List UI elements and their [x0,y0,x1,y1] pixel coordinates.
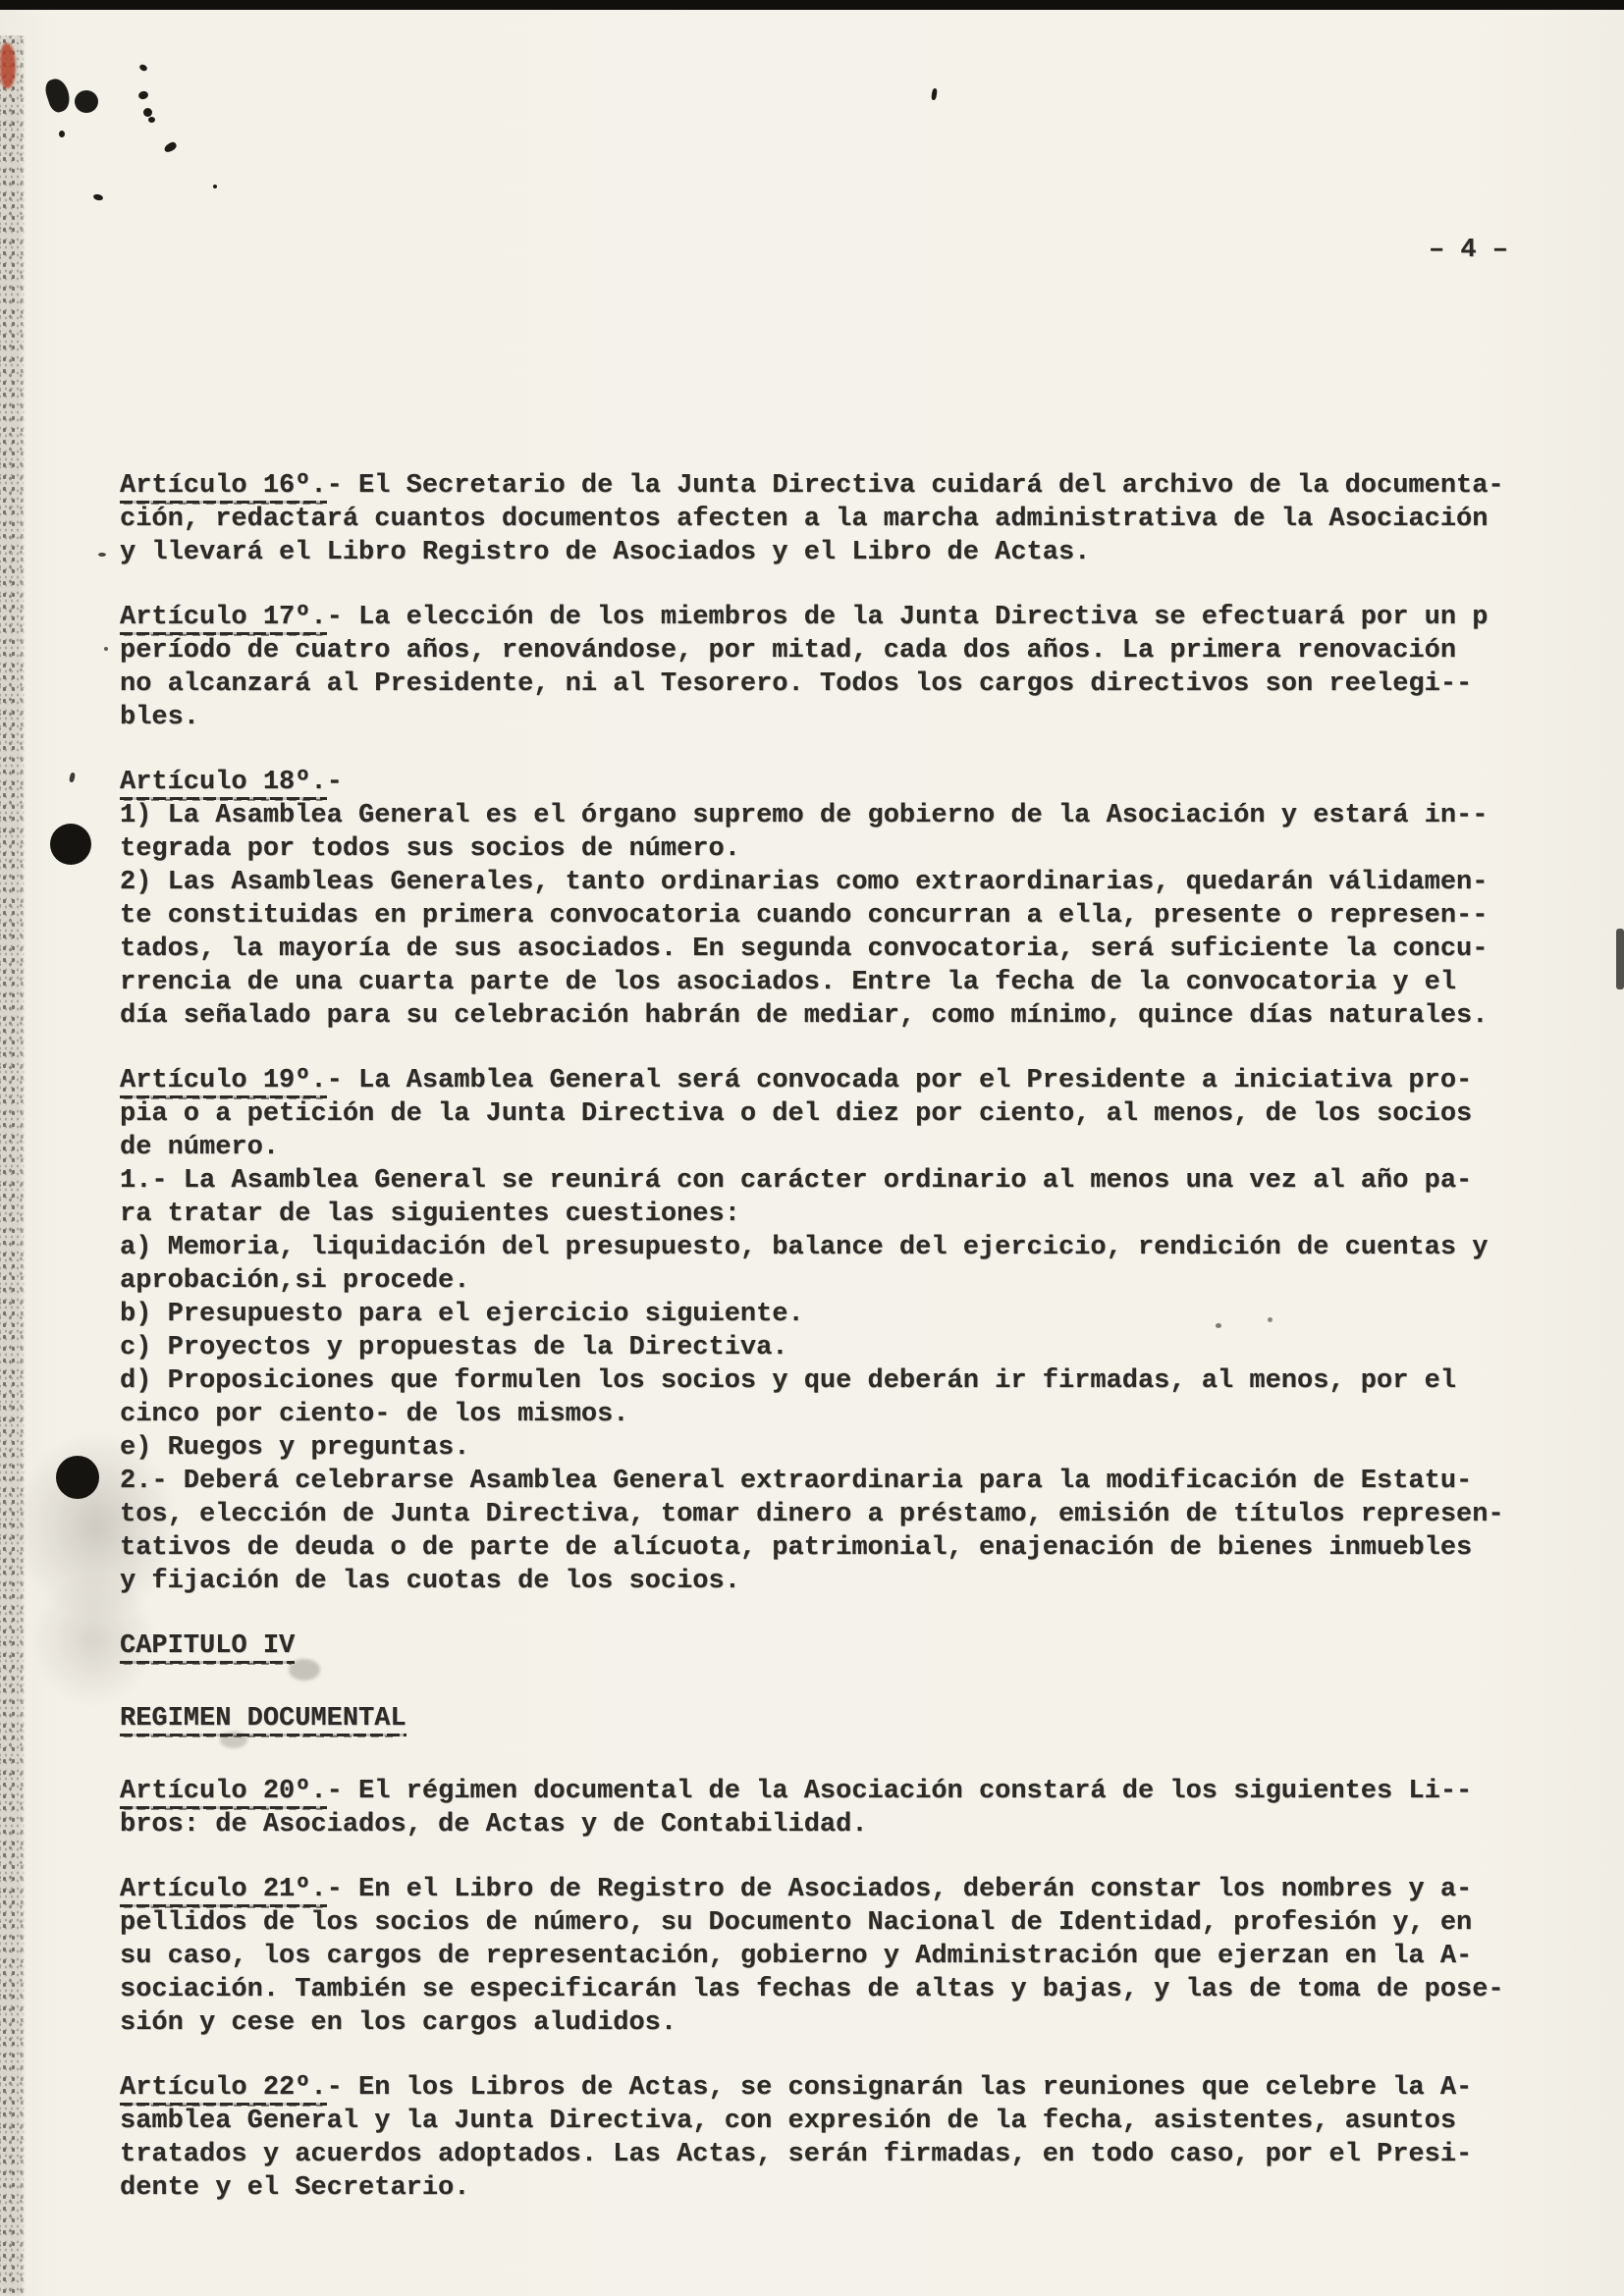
line-text: tegrada por todos sus socios de número. [120,832,1539,866]
heading-text: CAPITULO IV [120,1631,295,1665]
line-text: dente y el Secretario. [120,2171,1539,2205]
line-text: - La Asamblea General será convocada por… [327,1066,1473,1095]
article-first-line: Artículo 20º.- El régimen documental de … [120,1775,1539,1808]
line-text: bros: de Asociados, de Actas y de Contab… [120,1808,1539,1842]
line-text: d) Proposiciones que formulen los socios… [120,1364,1539,1398]
heading-line: REGIMEN DOCUMENTAL [120,1702,1539,1735]
line-text: su caso, los cargos de representación, g… [120,1940,1539,1973]
article-label: Artículo 17º. [120,603,327,636]
ink-speck [137,90,149,100]
line-text: bles. [120,701,1539,734]
line-text: pia o a petición de la Junta Directiva o… [120,1097,1539,1131]
ink-speck [59,131,65,137]
line-text: te constituidas en primera convocatoria … [120,899,1539,933]
line-text: tados, la mayoría de sus asociados. En s… [120,933,1539,966]
ink-speck [213,185,217,188]
line-text: - En los Libros de Actas, se consignarán… [327,2073,1473,2103]
line-text: período de cuatro años, renovándose, por… [120,634,1539,667]
ink-speck [143,108,152,117]
scan-top-edge [0,0,1624,10]
line-text: sociación. También se especificarán las … [120,1973,1539,2006]
article-paragraph: Artículo 19º.- La Asamblea General será … [120,1064,1539,1598]
black-dot-mark [50,824,91,865]
ink-speck [69,773,76,783]
scanned-document-page: – 4 – Artículo 16º.- El Secretario de la… [0,0,1624,2296]
article-label: Artículo 20º. [120,1777,327,1810]
scan-left-edge-texture [0,35,27,2296]
line-text: 2.- Deberá celebrarse Asamblea General e… [120,1465,1539,1498]
line-text: aprobación,si procede. [120,1264,1539,1298]
ink-speck [931,88,938,101]
line-text: y fijación de las cuotas de los socios. [120,1565,1539,1598]
line-text: día señalado para su celebración habrán … [120,999,1539,1033]
line-text: sión y cese en los cargos aludidos. [120,2006,1539,2040]
heading-text: REGIMEN DOCUMENTAL [120,1704,406,1737]
line-text: a) Memoria, liquidación del presupuesto,… [120,1231,1539,1264]
line-text: 1.- La Asamblea General se reunirá con c… [120,1164,1539,1198]
article-paragraph: Artículo 22º.- En los Libros de Actas, s… [120,2071,1539,2205]
line-text: tativos de deuda o de parte de alícuota,… [120,1531,1539,1565]
line-text: ción, redactará cuantos documentos afect… [120,503,1539,536]
ink-speck [92,193,103,201]
article-label: Artículo 18º. [120,768,327,801]
line-text: pellidos de los socios de número, su Doc… [120,1906,1539,1940]
line-text: tos, elección de Junta Directiva, tomar … [120,1498,1539,1531]
article-first-line: Artículo 17º.- La elección de los miembr… [120,601,1539,634]
article-label: Artículo 19º. [120,1066,327,1099]
article-first-line: Artículo 16º.- El Secretario de la Junta… [120,469,1539,503]
section-heading: CAPITULO IV [120,1629,1539,1663]
red-stain [0,43,16,88]
article-label: Artículo 21º. [120,1875,327,1908]
line-text: e) Ruegos y preguntas. [120,1431,1539,1465]
article-first-line: Artículo 18º.- [120,766,1539,799]
line-text: - En el Libro de Registro de Asociados, … [327,1875,1473,1904]
document-body: Artículo 16º.- El Secretario de la Junta… [120,469,1539,2236]
line-text: rrencia de una cuarta parte de los asoci… [120,966,1539,999]
heading-line: CAPITULO IV [120,1629,1539,1663]
line-text: - [327,768,343,797]
line-text: cinco por ciento- de los mismos. [120,1398,1539,1431]
article-paragraph: Artículo 20º.- El régimen documental de … [120,1775,1539,1842]
line-text: 1) La Asamblea General es el órgano supr… [120,799,1539,832]
line-text: tratados y acuerdos adoptados. Las Actas… [120,2138,1539,2171]
article-first-line: Artículo 22º.- En los Libros de Actas, s… [120,2071,1539,2105]
page-number: – 4 – [1429,234,1508,267]
article-label: Artículo 22º. [120,2073,327,2107]
line-text: 2) Las Asambleas Generales, tanto ordina… [120,866,1539,899]
line-text: no alcanzará al Presidente, ni al Tesore… [120,667,1539,701]
line-text: - La elección de los miembros de la Junt… [327,603,1489,632]
ink-speck [98,553,106,557]
line-text: de número. [120,1131,1539,1164]
line-text: - El régimen documental de la Asociación… [327,1777,1473,1806]
section-heading: REGIMEN DOCUMENTAL [120,1702,1539,1735]
article-paragraph: Artículo 21º.- En el Libro de Registro d… [120,1873,1539,2040]
ink-speck [148,117,155,123]
article-paragraph: Artículo 16º.- El Secretario de la Junta… [120,469,1539,569]
article-first-line: Artículo 19º.- La Asamblea General será … [120,1064,1539,1097]
ink-speck [138,63,148,72]
line-text: b) Presupuesto para el ejercicio siguien… [120,1298,1539,1331]
line-text: samblea General y la Junta Directiva, co… [120,2105,1539,2138]
article-paragraph: Artículo 18º.-1) La Asamblea General es … [120,766,1539,1033]
ink-blob [75,90,98,113]
ink-speck [163,140,178,153]
ink-speck [104,647,108,651]
line-text: y llevará el Libro Registro de Asociados… [120,536,1539,569]
line-text: c) Proyectos y propuestas de la Directiv… [120,1331,1539,1364]
right-edge-mark [1616,929,1624,989]
article-first-line: Artículo 21º.- En el Libro de Registro d… [120,1873,1539,1906]
ink-blob [42,76,73,114]
article-label: Artículo 16º. [120,471,327,505]
black-dot-mark [56,1456,99,1499]
line-text: ra tratar de las siguientes cuestiones: [120,1198,1539,1231]
line-text: - El Secretario de la Junta Directiva cu… [327,471,1504,501]
article-paragraph: Artículo 17º.- La elección de los miembr… [120,601,1539,734]
